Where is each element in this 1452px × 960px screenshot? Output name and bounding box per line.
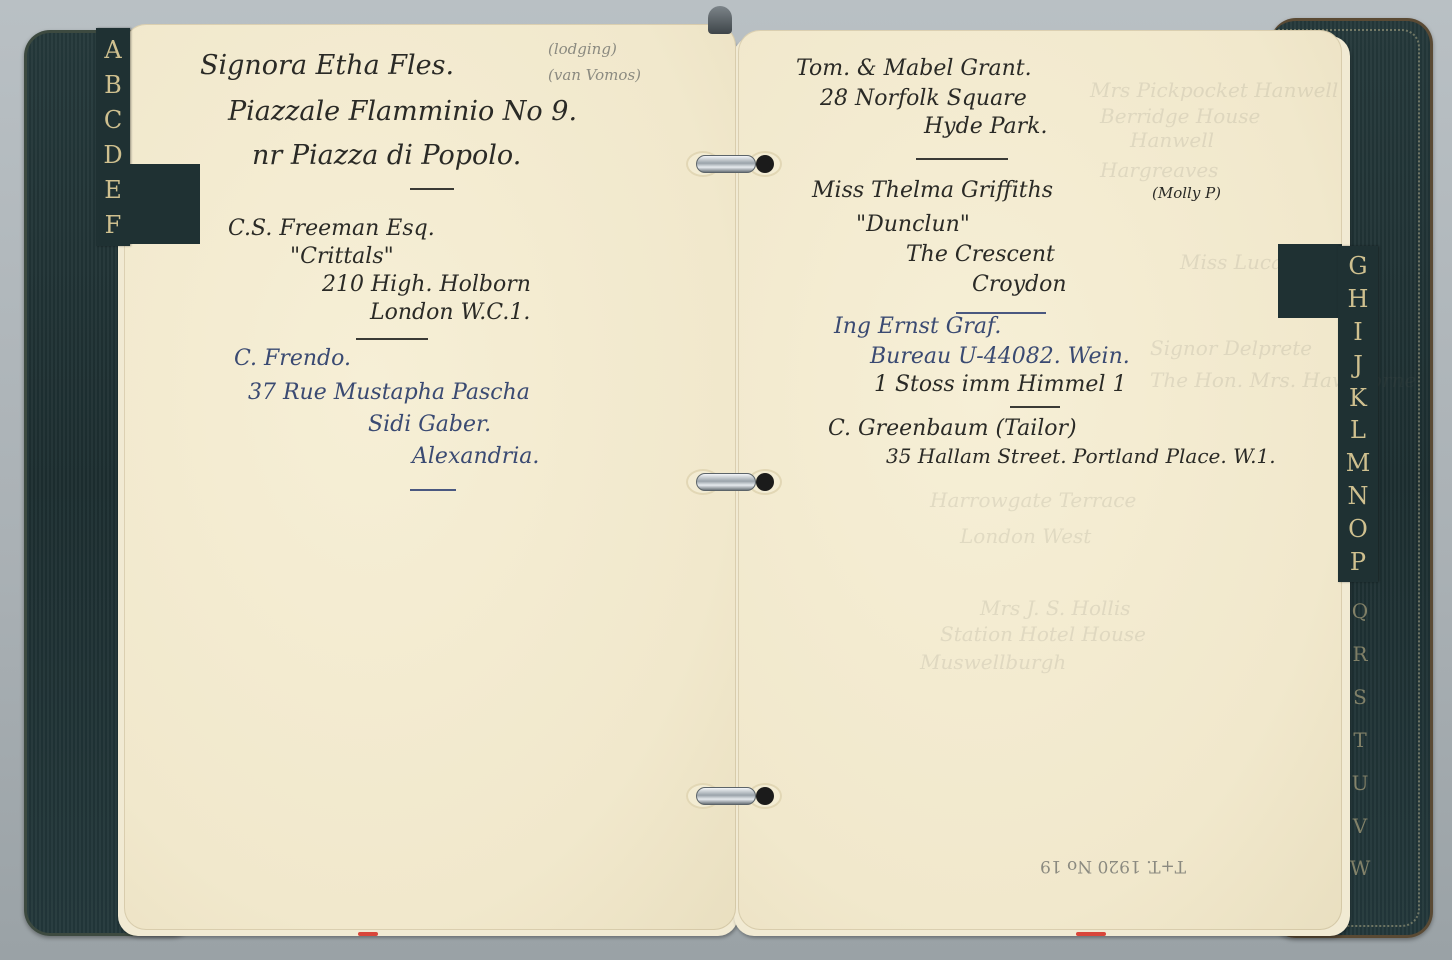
tab-letter-d[interactable]: D bbox=[103, 143, 122, 167]
ghost-text: Harrowgate Terrace bbox=[930, 488, 1136, 512]
tab-letter-w[interactable]: W bbox=[1350, 858, 1371, 878]
entry-address-line: 37 Rue Mustapha Pascha bbox=[248, 380, 530, 405]
entry-address-line: Sidi Gaber. bbox=[368, 412, 491, 437]
tab-letter-i[interactable]: I bbox=[1353, 320, 1362, 344]
entry-name: Tom. & Mabel Grant. bbox=[796, 56, 1032, 81]
entry-address-line: London W.C.1. bbox=[370, 300, 530, 325]
entry-address-line: The Crescent bbox=[906, 242, 1055, 267]
ghost-text: Mrs Pickpocket Hanwell bbox=[1090, 78, 1338, 102]
ghost-text: London West bbox=[960, 524, 1091, 548]
tab-letter-t[interactable]: T bbox=[1353, 730, 1366, 750]
ghost-text: Berridge House bbox=[1100, 104, 1260, 128]
tab-letter-a[interactable]: A bbox=[104, 38, 121, 62]
entry-name: Miss Thelma Griffiths bbox=[812, 178, 1053, 203]
tab-letter-g[interactable]: G bbox=[1348, 254, 1367, 278]
binder-ring-icon bbox=[686, 466, 786, 496]
entry-address-line: Bureau U-44082. Wein. bbox=[870, 344, 1130, 369]
entry-divider bbox=[410, 188, 454, 190]
ghost-text: Signor Delprete bbox=[1150, 336, 1312, 360]
tab-letter-k[interactable]: K bbox=[1349, 386, 1367, 410]
right-page bbox=[738, 30, 1342, 930]
active-tab-ef[interactable] bbox=[126, 164, 200, 244]
entry-note: (lodging) bbox=[548, 40, 617, 58]
entry-address-line: 28 Norfolk Square bbox=[820, 86, 1027, 111]
entry-name: Ing Ernst Graf. bbox=[834, 314, 1001, 339]
binder-ring-icon bbox=[686, 780, 786, 810]
ghost-text: Muswellburgh bbox=[920, 650, 1066, 674]
entry-address-line: Alexandria. bbox=[412, 444, 539, 469]
active-tab-gh[interactable] bbox=[1278, 244, 1342, 318]
entry-address-line: nr Piazza di Popolo. bbox=[252, 140, 521, 171]
entry-address-line: "Dunclun" bbox=[856, 212, 970, 237]
entry-name: C.S. Freeman Esq. bbox=[228, 216, 435, 241]
ghost-text: Hargreaves bbox=[1100, 158, 1218, 182]
tab-letter-u[interactable]: U bbox=[1352, 773, 1369, 793]
entry-note: (Molly P) bbox=[1152, 184, 1221, 202]
entry-name: Signora Etha Fles. bbox=[200, 50, 454, 81]
tab-letter-j[interactable]: J bbox=[1353, 353, 1363, 377]
entry-divider bbox=[356, 338, 428, 340]
entry-divider bbox=[1010, 406, 1060, 408]
entry-note: (van Vomos) bbox=[548, 66, 641, 84]
tab-letter-m[interactable]: M bbox=[1346, 451, 1371, 475]
entry-name: C. Greenbaum (Tailor) bbox=[828, 416, 1077, 441]
ghost-text: Hanwell bbox=[1130, 128, 1214, 152]
entry-address-line: "Crittals" bbox=[290, 244, 394, 269]
tab-letter-h[interactable]: H bbox=[1348, 287, 1369, 311]
tab-letter-s[interactable]: S bbox=[1353, 687, 1367, 707]
tab-letter-b[interactable]: B bbox=[104, 73, 122, 97]
ghost-text: Station Hotel House bbox=[940, 622, 1146, 646]
entry-divider bbox=[410, 489, 456, 491]
tab-letter-v[interactable]: V bbox=[1353, 816, 1367, 836]
red-edge-mark bbox=[1076, 932, 1106, 936]
pencil-catalog-note: T+T. 1920 No 19 bbox=[1040, 856, 1186, 876]
tab-letter-o[interactable]: O bbox=[1348, 517, 1368, 541]
alphabet-tab-strip-right[interactable]: G H I J K L M N O P bbox=[1338, 246, 1378, 582]
ring-binder-clasp-icon[interactable] bbox=[708, 6, 732, 34]
tab-letter-q[interactable]: Q bbox=[1352, 601, 1368, 621]
alphabet-tab-strip-lower[interactable]: Q R S T U V W bbox=[1340, 590, 1380, 890]
tab-letter-r[interactable]: R bbox=[1352, 644, 1367, 664]
red-edge-mark bbox=[358, 932, 378, 936]
ghost-text: Miss Lucas bbox=[1180, 250, 1293, 274]
binder-ring-icon bbox=[686, 148, 786, 178]
tab-letter-f[interactable]: F bbox=[105, 213, 122, 237]
entry-address-line: 210 High. Holborn bbox=[322, 272, 531, 297]
tab-letter-p[interactable]: P bbox=[1350, 550, 1366, 574]
tab-letter-n[interactable]: N bbox=[1348, 484, 1369, 508]
tab-letter-l[interactable]: L bbox=[1350, 418, 1366, 442]
entry-address-line: 35 Hallam Street. Portland Place. W.1. bbox=[886, 444, 1276, 468]
tab-letter-c[interactable]: C bbox=[104, 108, 122, 132]
entry-address-line: Piazzale Flamminio No 9. bbox=[228, 96, 577, 127]
entry-address-line: Hyde Park. bbox=[924, 114, 1047, 139]
tab-letter-e[interactable]: E bbox=[104, 178, 122, 202]
entry-name: C. Frendo. bbox=[234, 346, 351, 371]
entry-address-line: Croydon bbox=[972, 272, 1067, 297]
ghost-text: Mrs J. S. Hollis bbox=[980, 596, 1130, 620]
entry-divider bbox=[916, 158, 1008, 160]
entry-address-line: 1 Stoss imm Himmel 1 bbox=[874, 372, 1126, 397]
alphabet-tab-strip-left[interactable]: A B C D E F bbox=[96, 28, 130, 246]
